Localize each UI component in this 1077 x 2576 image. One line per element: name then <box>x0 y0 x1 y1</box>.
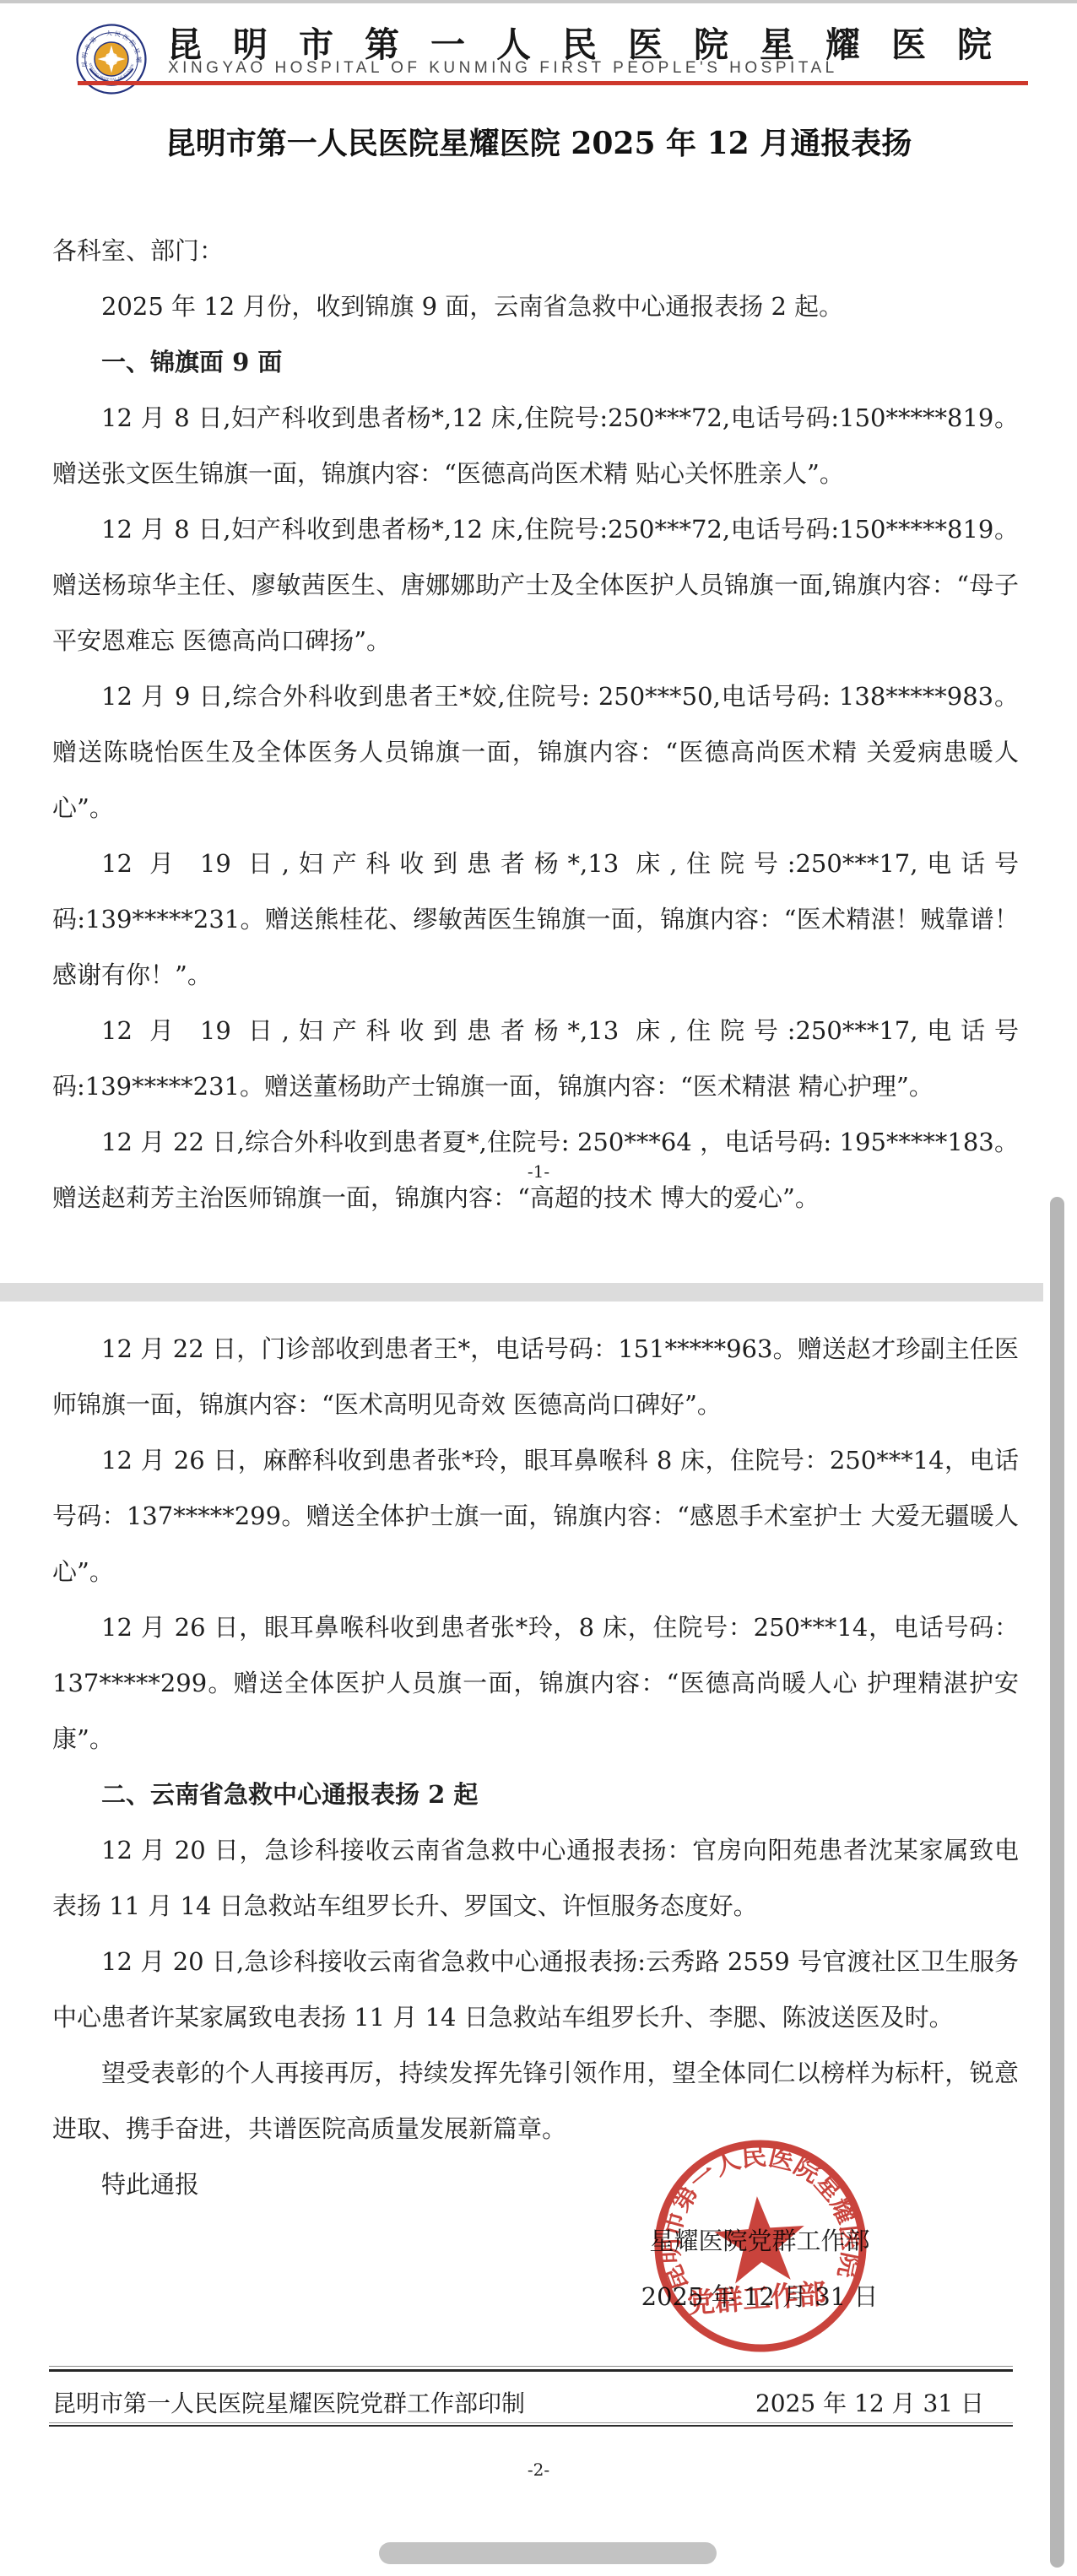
vertical-scrollbar-thumb[interactable] <box>1050 1197 1064 2568</box>
page1-number: -1- <box>0 1161 1077 1182</box>
page2-number: -2- <box>0 2460 1077 2480</box>
doc-paragraph: 12 月 26 日，眼耳鼻喉科收到患者张*玲，8 床，住院号：250***14，… <box>52 1599 1019 1767</box>
hospital-name-en: XINGYAO HOSPITAL OF KUNMING FIRST PEOPLE… <box>168 59 1037 78</box>
doc-paragraph: 12 月 8 日,妇产科收到患者杨*,12 床,住院号:250***72,电话号… <box>52 501 1019 668</box>
doc-paragraph: 12 月 22 日，门诊部收到患者王*，电话号码：151*****963。赠送赵… <box>52 1321 1019 1432</box>
footer-rule-top <box>49 2366 1013 2372</box>
doc-paragraph: 12 月 20 日,急诊科接收云南省急救中心通报表扬:云秀路 2559 号官渡社… <box>52 1934 1019 2045</box>
footer-rule-bottom <box>49 2422 1013 2427</box>
section1-heading: 一、锦旗面 9 面 <box>52 334 1019 390</box>
seal-star-icon <box>712 2193 808 2284</box>
doc-paragraph: 12 月 26 日，麻醉科收到患者张*玲，眼耳鼻喉科 8 床，住院号：250**… <box>52 1432 1019 1599</box>
footer-line: 昆明市第一人民医院星耀医院党群工作部印制 2025 年 12 月 31 日 <box>52 2385 984 2422</box>
page2-body: 12 月 22 日，门诊部收到患者王*，电话号码：151*****963。赠送赵… <box>52 1321 1019 2212</box>
doc-paragraph: 12 月 20 日，急诊科接收云南省急救中心通报表扬：官房向阳苑患者沈某家属致电… <box>52 1822 1019 1934</box>
bottom-scroll-indicator[interactable] <box>379 2542 717 2564</box>
salutation: 各科室、部门： <box>52 223 1019 279</box>
doc-paragraph: 12 月 19 日,妇产科收到患者杨*,13 床,住院号:250***17,电话… <box>52 1003 1019 1114</box>
document-viewer: 昆明市第一人民医院星耀医院 XINGYAO HOSPITAL OF KUNMIN… <box>0 0 1077 2576</box>
doc-paragraph: 12 月 8 日,妇产科收到患者杨*,12 床,住院号:250***72,电话号… <box>52 390 1019 501</box>
document-page-1: 昆明市第一人民医院星耀医院 XINGYAO HOSPITAL OF KUNMIN… <box>0 3 1077 1283</box>
official-seal: 昆明市第一人民医院星耀医院 党群工作部 <box>641 2126 880 2366</box>
seal-dept-text: 党群工作部 <box>686 2277 827 2319</box>
footer-printed-by: 昆明市第一人民医院星耀医院党群工作部印制 <box>52 2385 525 2422</box>
doc-paragraph: 望受表彰的个人再接再厉，持续发挥先锋引领作用，望全体同仁以榜样为标杆，锐意进取、… <box>52 2045 1019 2157</box>
document-title: 昆明市第一人民医院星耀医院 2025 年 12 月通报表扬 <box>0 120 1077 163</box>
page-separator <box>0 1283 1043 1302</box>
doc-paragraph: 12 月 19 日,妇产科收到患者杨*,13 床,住院号:250***17,电话… <box>52 836 1019 1003</box>
intro-paragraph: 2025 年 12 月份，收到锦旗 9 面，云南省急救中心通报表扬 2 起。 <box>52 279 1019 334</box>
section2-heading: 二、云南省急救中心通报表扬 2 起 <box>52 1767 1019 1822</box>
doc-paragraph: 12 月 9 日,综合外科收到患者王*姣,住院号: 250***50,电话号码:… <box>52 668 1019 836</box>
footer-date: 2025 年 12 月 31 日 <box>755 2385 984 2422</box>
document-page-2: 12 月 22 日，门诊部收到患者王*，电话号码：151*****963。赠送赵… <box>0 1302 1077 2576</box>
page1-body: 各科室、部门： 2025 年 12 月份，收到锦旗 9 面，云南省急救中心通报表… <box>52 223 1019 1226</box>
closing-line: 特此通报 <box>52 2157 1019 2212</box>
header-red-rule <box>78 81 1028 85</box>
